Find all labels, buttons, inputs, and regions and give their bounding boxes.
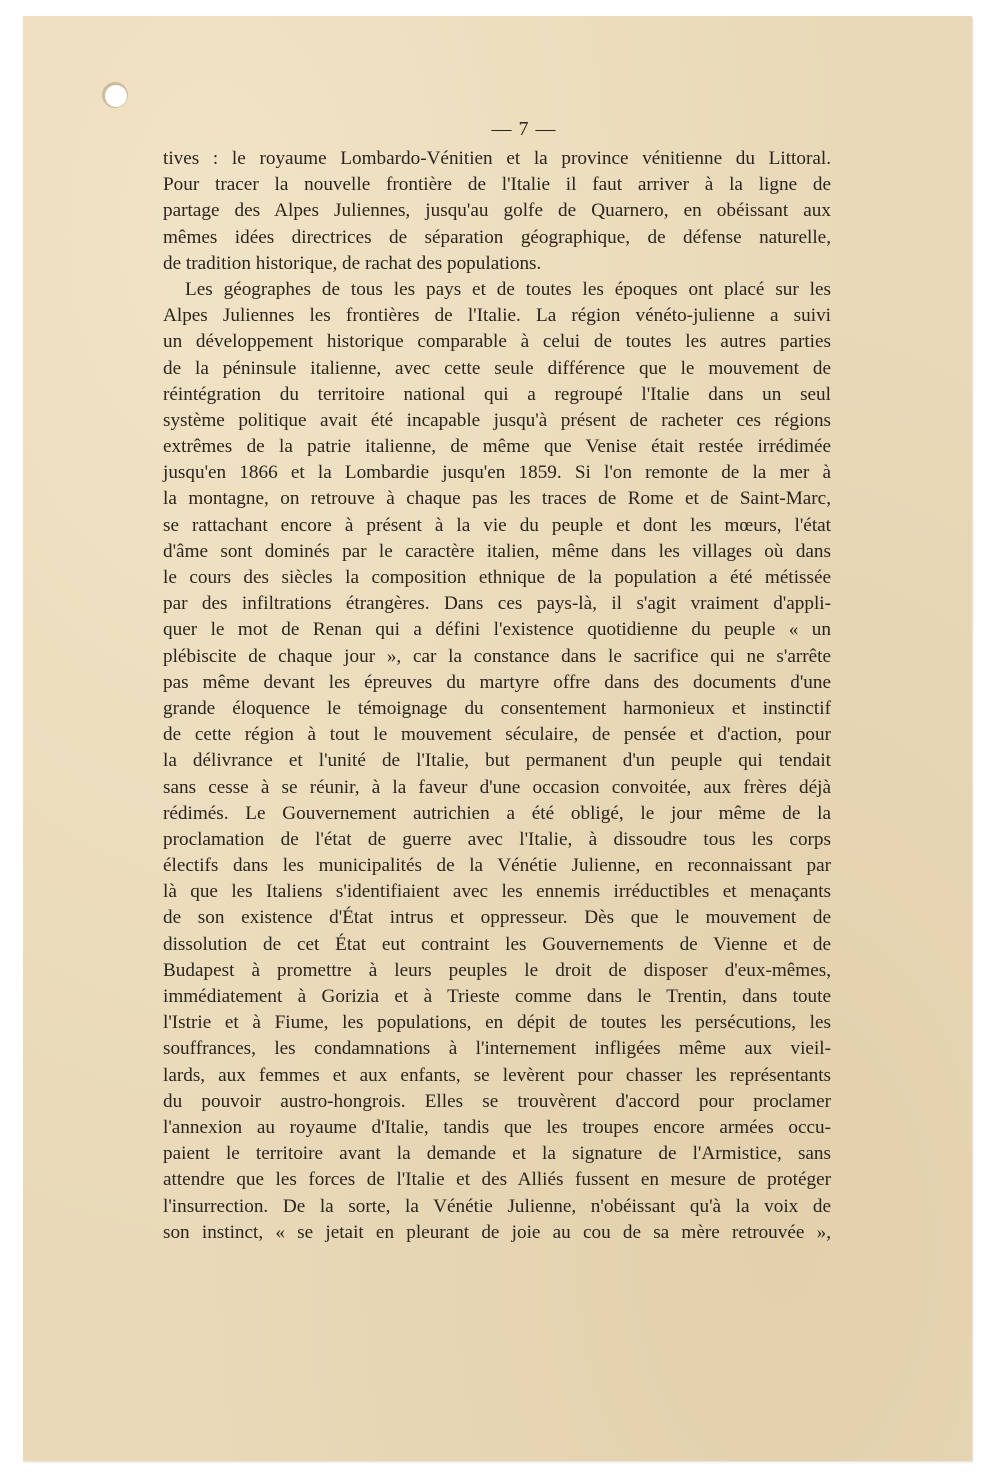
text-line: réintégration du territoire national qui… [163, 382, 831, 408]
text-line: se rattachant encore à présent à la vie … [163, 513, 831, 539]
text-line: mêmes idées directrices de séparation gé… [163, 225, 831, 251]
text-line: son instinct, « se jetait en pleurant de… [163, 1220, 831, 1246]
page-number: — 7 — [24, 118, 1000, 141]
text-line: Alpes Juliennes les frontières de l'Ital… [163, 303, 831, 329]
text-line: par des infiltrations étrangères. Dans c… [163, 591, 831, 617]
text-line: immédiatement à Gorizia et à Trieste com… [163, 984, 831, 1010]
text-line: rédimés. Le Gouvernement autrichien a ét… [163, 801, 831, 827]
text-line: paient le territoire avant la demande et… [163, 1141, 831, 1167]
text-line: lards, aux femmes et aux enfants, se lev… [163, 1063, 831, 1089]
text-line: tives : le royaume Lombardo-Vénitien et … [163, 146, 831, 172]
text-line: du pouvoir austro-hongrois. Elles se tro… [163, 1089, 831, 1115]
text-line: Les géographes de tous les pays et de to… [163, 277, 831, 303]
text-line: l'annexion au royaume d'Italie, tandis q… [163, 1115, 831, 1141]
text-line: sans cesse à se réunir, à la faveur d'un… [163, 775, 831, 801]
text-line: la délivrance et l'unité de l'Italie, bu… [163, 748, 831, 774]
text-line: là que les Italiens s'identifiaient avec… [163, 879, 831, 905]
text-line: l'Istrie et à Fiume, les populations, en… [163, 1010, 831, 1036]
text-line: un développement historique comparable à… [163, 329, 831, 355]
text-line: de cette région à tout le mouvement sécu… [163, 722, 831, 748]
body-text: tives : le royaume Lombardo-Vénitien et … [163, 146, 831, 1246]
text-line: d'âme sont dominés par le caractère ital… [163, 539, 831, 565]
text-line: l'insurrection. De la sorte, la Vénétie … [163, 1194, 831, 1220]
text-line: grande éloquence le témoignage du consen… [163, 696, 831, 722]
paragraph-1: tives : le royaume Lombardo-Vénitien et … [163, 146, 831, 277]
punch-hole [105, 85, 127, 107]
text-line: le cours des siècles la composition ethn… [163, 565, 831, 591]
text-line: attendre que les forces de l'Italie et d… [163, 1167, 831, 1193]
text-line: proclamation de l'état de guerre avec l'… [163, 827, 831, 853]
text-line: Pour tracer la nouvelle frontière de l'I… [163, 172, 831, 198]
text-line: de son existence d'État intrus et oppres… [163, 905, 831, 931]
text-line: extrêmes de la patrie italienne, de même… [163, 434, 831, 460]
text-line: plébiscite de chaque jour », car la cons… [163, 644, 831, 670]
text-line: quer le mot de Renan qui a défini l'exis… [163, 617, 831, 643]
text-line: partage des Alpes Juliennes, jusqu'au go… [163, 198, 831, 224]
text-line: électifs dans les municipalités de la Vé… [163, 853, 831, 879]
text-line: pas même devant les épreuves du martyre … [163, 670, 831, 696]
text-line: la montagne, on retrouve à chaque pas le… [163, 486, 831, 512]
text-line: de la péninsule italienne, avec cette se… [163, 356, 831, 382]
text-line: dissolution de cet État eut contraint le… [163, 932, 831, 958]
text-line: de tradition historique, de rachat des p… [163, 251, 831, 277]
text-line: système politique avait été incapable ju… [163, 408, 831, 434]
paragraph-2: Les géographes de tous les pays et de to… [163, 277, 831, 1246]
text-line: jusqu'en 1866 et la Lombardie jusqu'en 1… [163, 460, 831, 486]
text-line: souffrances, les condamnations à l'inter… [163, 1036, 831, 1062]
text-line: Budapest à promettre à leurs peuples le … [163, 958, 831, 984]
